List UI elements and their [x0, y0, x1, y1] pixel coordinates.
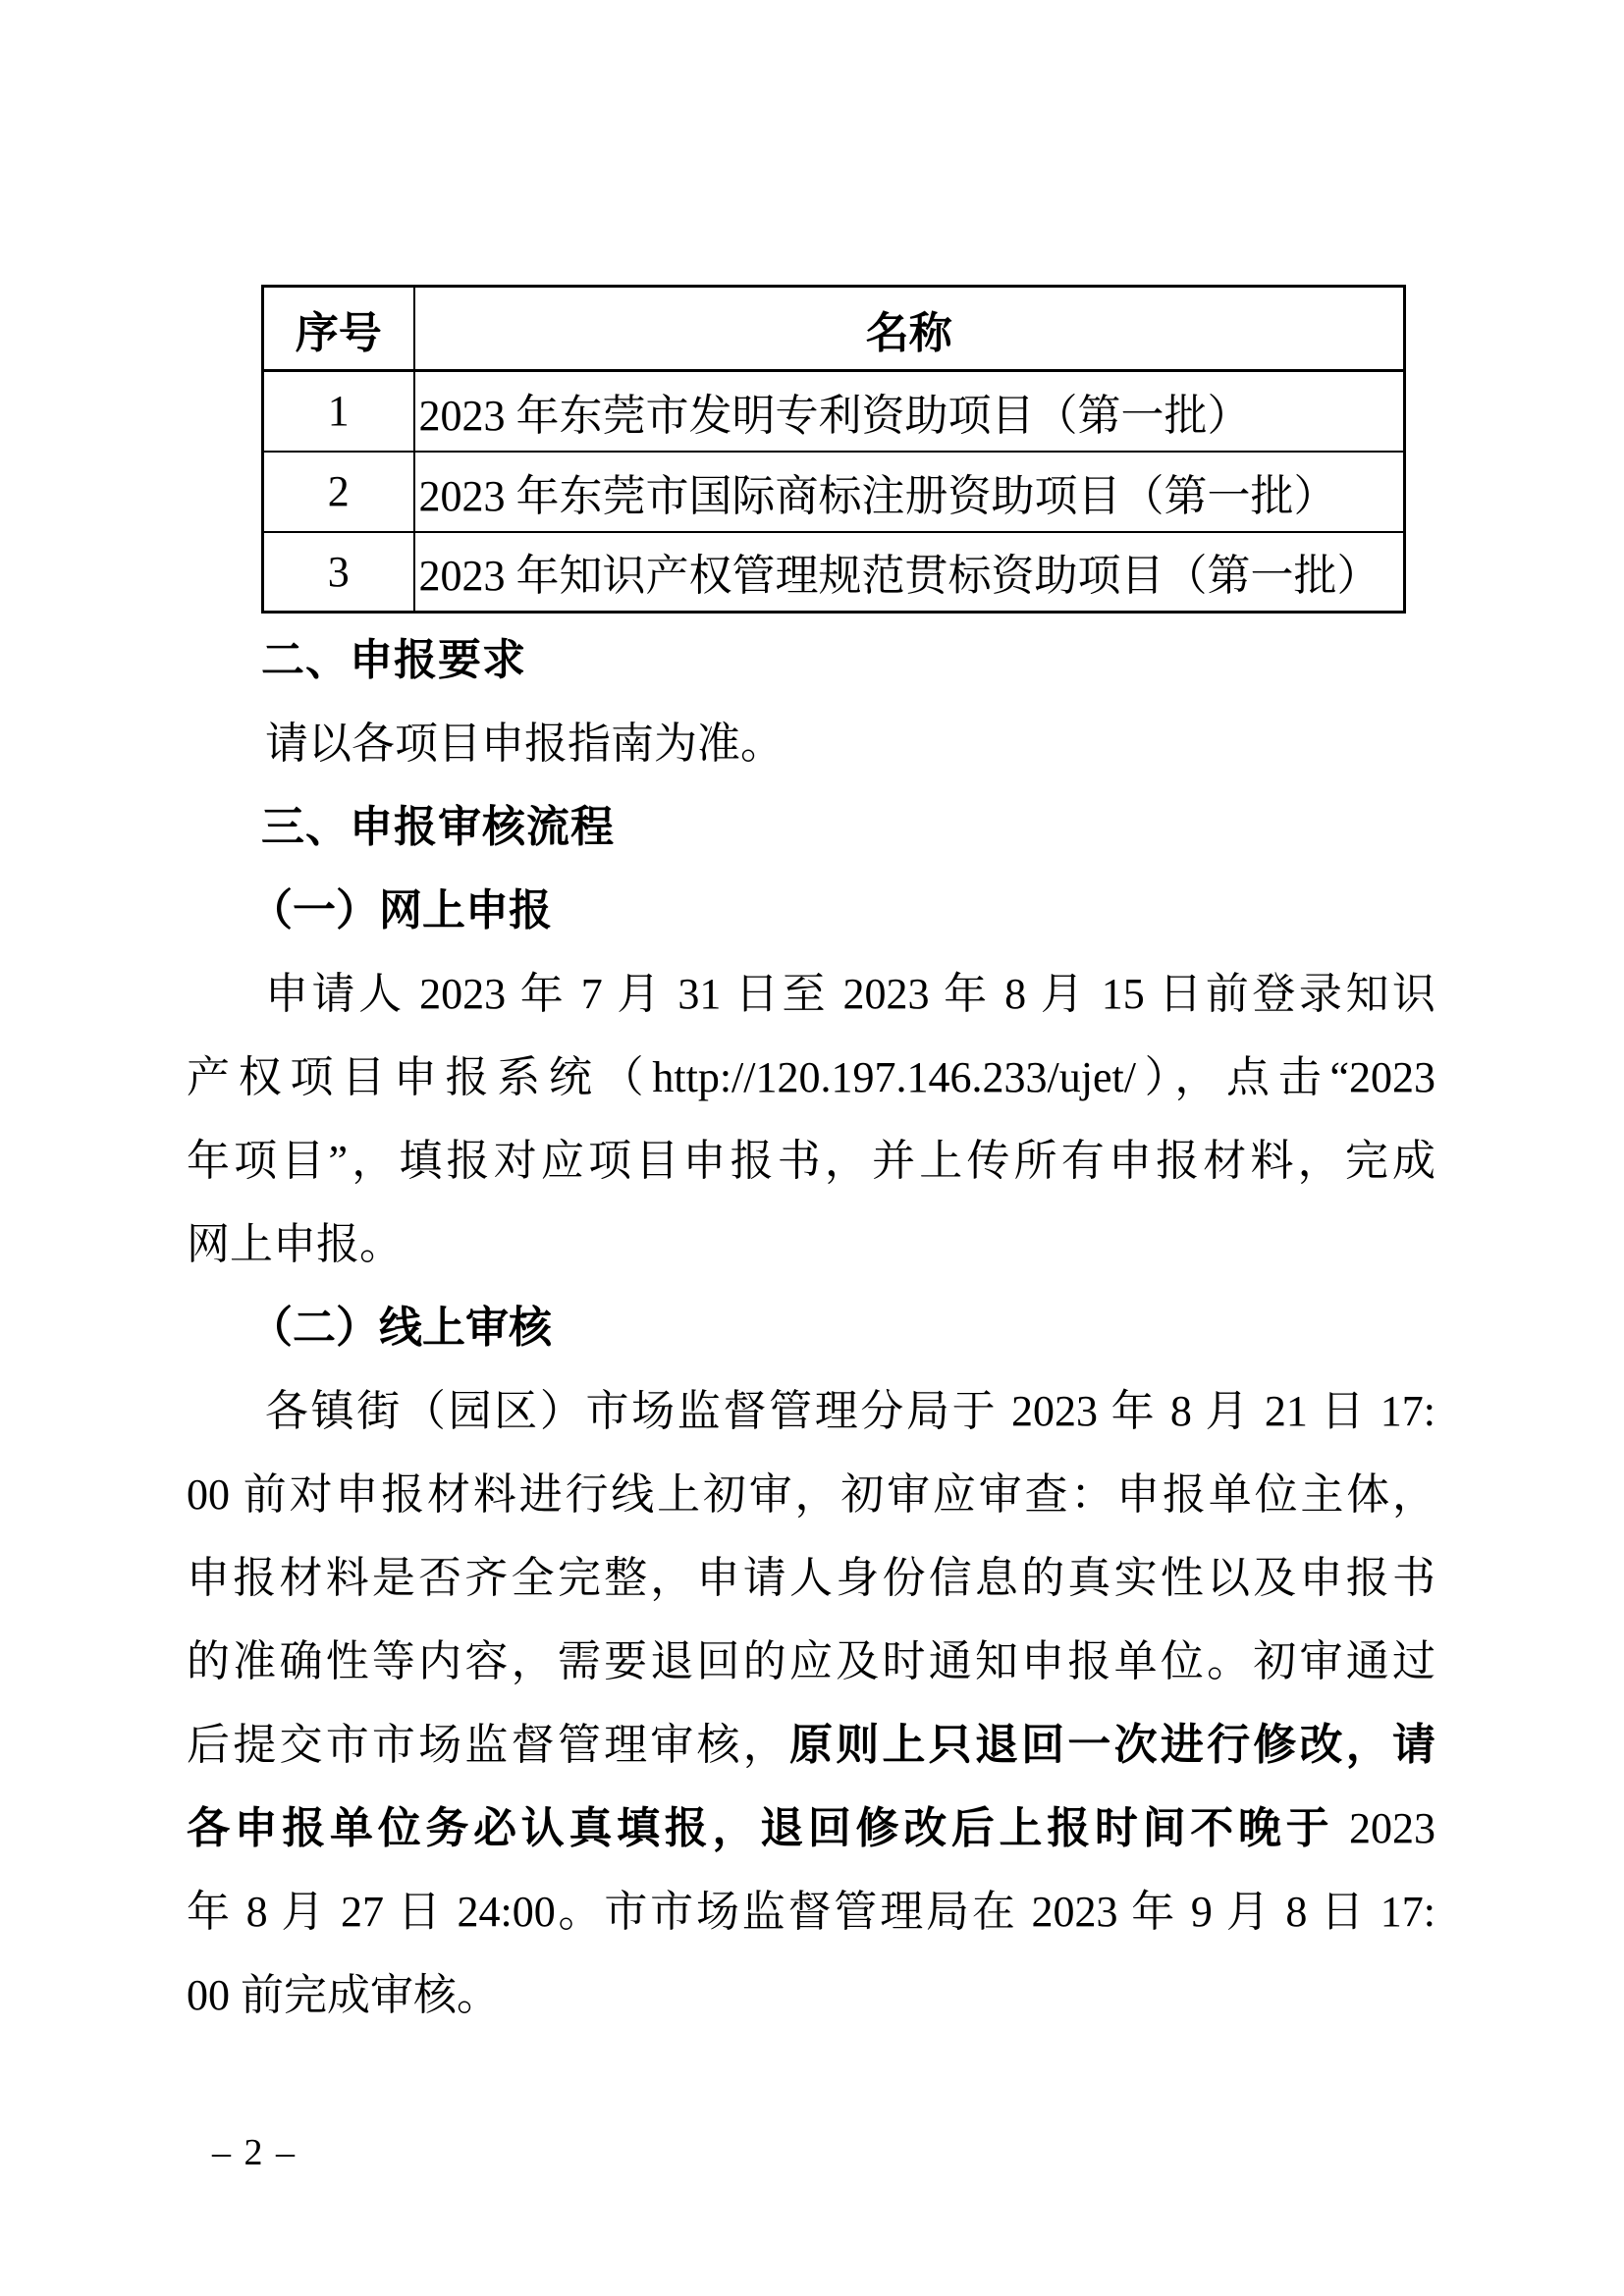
document-body: 二、申报要求请以各项目申报指南为准。三、申报审核流程（一）网上申报申请人 202…	[187, 618, 1435, 2037]
row-project-name: 2023 年东莞市发明专利资助项目（第一批）	[414, 371, 1405, 452]
table-body: 12023 年东莞市发明专利资助项目（第一批）22023 年东莞市国际商标注册资…	[263, 371, 1405, 613]
row-number: 1	[263, 371, 414, 452]
emphasis-text: 各申报单位务必认真填报，退回修改后上报时间不晚于	[187, 1804, 1333, 1852]
text-segment: 00 前完成审核。	[187, 1971, 500, 2019]
subsection-heading: （一）网上申报	[187, 869, 1435, 952]
body-line: 各镇街（园区）市场监督管理分局于 2023 年 8 月 21 日 17:	[187, 1369, 1435, 1453]
text-segment: 的准确性等内容，需要退回的应及时通知申报单位。初审通过	[187, 1637, 1435, 1685]
row-number: 3	[263, 532, 414, 613]
table-row: 12023 年东莞市发明专利资助项目（第一批）	[263, 371, 1405, 452]
text-segment: 网上申报。	[187, 1220, 403, 1268]
table-header-no: 序号	[263, 287, 414, 371]
body-line: 00 前对申报材料进行线上初审，初审应审查：申报单位主体，	[187, 1453, 1435, 1536]
text-segment: 2023	[1333, 1804, 1435, 1852]
page-number: – 2 –	[212, 2118, 297, 2187]
body-line: 年项目”，填报对应项目申报书，并上传所有申报材料，完成	[187, 1119, 1435, 1202]
section-heading: 三、申报审核流程	[187, 785, 1435, 869]
body-line: 后提交市市场监督管理审核，原则上只退回一次进行修改，请	[187, 1703, 1435, 1787]
row-project-name: 2023 年知识产权管理规范贯标资助项目（第一批）	[414, 532, 1405, 613]
text-segment: 后提交市市场监督管理审核，	[187, 1721, 789, 1769]
body-line: 请以各项目申报指南为准。	[187, 702, 1435, 785]
text-segment: 请以各项目申报指南为准。	[265, 720, 784, 768]
body-line: 00 前完成审核。	[187, 1953, 1435, 2037]
table-header-name: 名称	[414, 287, 1405, 371]
project-table: 序号 名称 12023 年东莞市发明专利资助项目（第一批）22023 年东莞市国…	[261, 285, 1406, 614]
body-line: 申请人 2023 年 7 月 31 日至 2023 年 8 月 15 日前登录知…	[187, 952, 1435, 1036]
table-header-row: 序号 名称	[263, 287, 1405, 371]
row-number: 2	[263, 452, 414, 532]
text-segment: 各镇街（园区）市场监督管理分局于 2023 年 8 月 21 日 17:	[265, 1387, 1435, 1435]
body-line: 申报材料是否齐全完整，申请人身份信息的真实性以及申报书	[187, 1536, 1435, 1620]
table-header-row: 序号 名称	[263, 287, 1405, 371]
body-line: 的准确性等内容，需要退回的应及时通知申报单位。初审通过	[187, 1620, 1435, 1703]
text-segment: 产权项目申报系统（http://120.197.146.233/ujet/），点…	[187, 1053, 1435, 1101]
section-heading: 二、申报要求	[187, 618, 1435, 702]
body-line: 各申报单位务必认真填报，退回修改后上报时间不晚于 2023	[187, 1787, 1435, 1870]
table-row: 32023 年知识产权管理规范贯标资助项目（第一批）	[263, 532, 1405, 613]
text-segment: 年 8 月 27 日 24:00。市市场监督管理局在 2023 年 9 月 8 …	[187, 1888, 1435, 1936]
table-row: 22023 年东莞市国际商标注册资助项目（第一批）	[263, 452, 1405, 532]
body-line: 年 8 月 27 日 24:00。市市场监督管理局在 2023 年 9 月 8 …	[187, 1870, 1435, 1953]
subsection-heading: （二）线上审核	[187, 1286, 1435, 1369]
emphasis-text: 原则上只退回一次进行修改，请	[789, 1721, 1435, 1769]
document-page: 序号 名称 12023 年东莞市发明专利资助项目（第一批）22023 年东莞市国…	[0, 0, 1624, 2296]
row-project-name: 2023 年东莞市国际商标注册资助项目（第一批）	[414, 452, 1405, 532]
text-segment: 00 前对申报材料进行线上初审，初审应审查：申报单位主体，	[187, 1470, 1435, 1519]
body-line: 产权项目申报系统（http://120.197.146.233/ujet/），点…	[187, 1036, 1435, 1119]
body-line: 网上申报。	[187, 1202, 1435, 1286]
text-segment: 申报材料是否齐全完整，申请人身份信息的真实性以及申报书	[187, 1554, 1435, 1602]
text-segment: 年项目”，填报对应项目申报书，并上传所有申报材料，完成	[187, 1137, 1435, 1185]
text-segment: 申请人 2023 年 7 月 31 日至 2023 年 8 月 15 日前登录知…	[265, 970, 1435, 1018]
